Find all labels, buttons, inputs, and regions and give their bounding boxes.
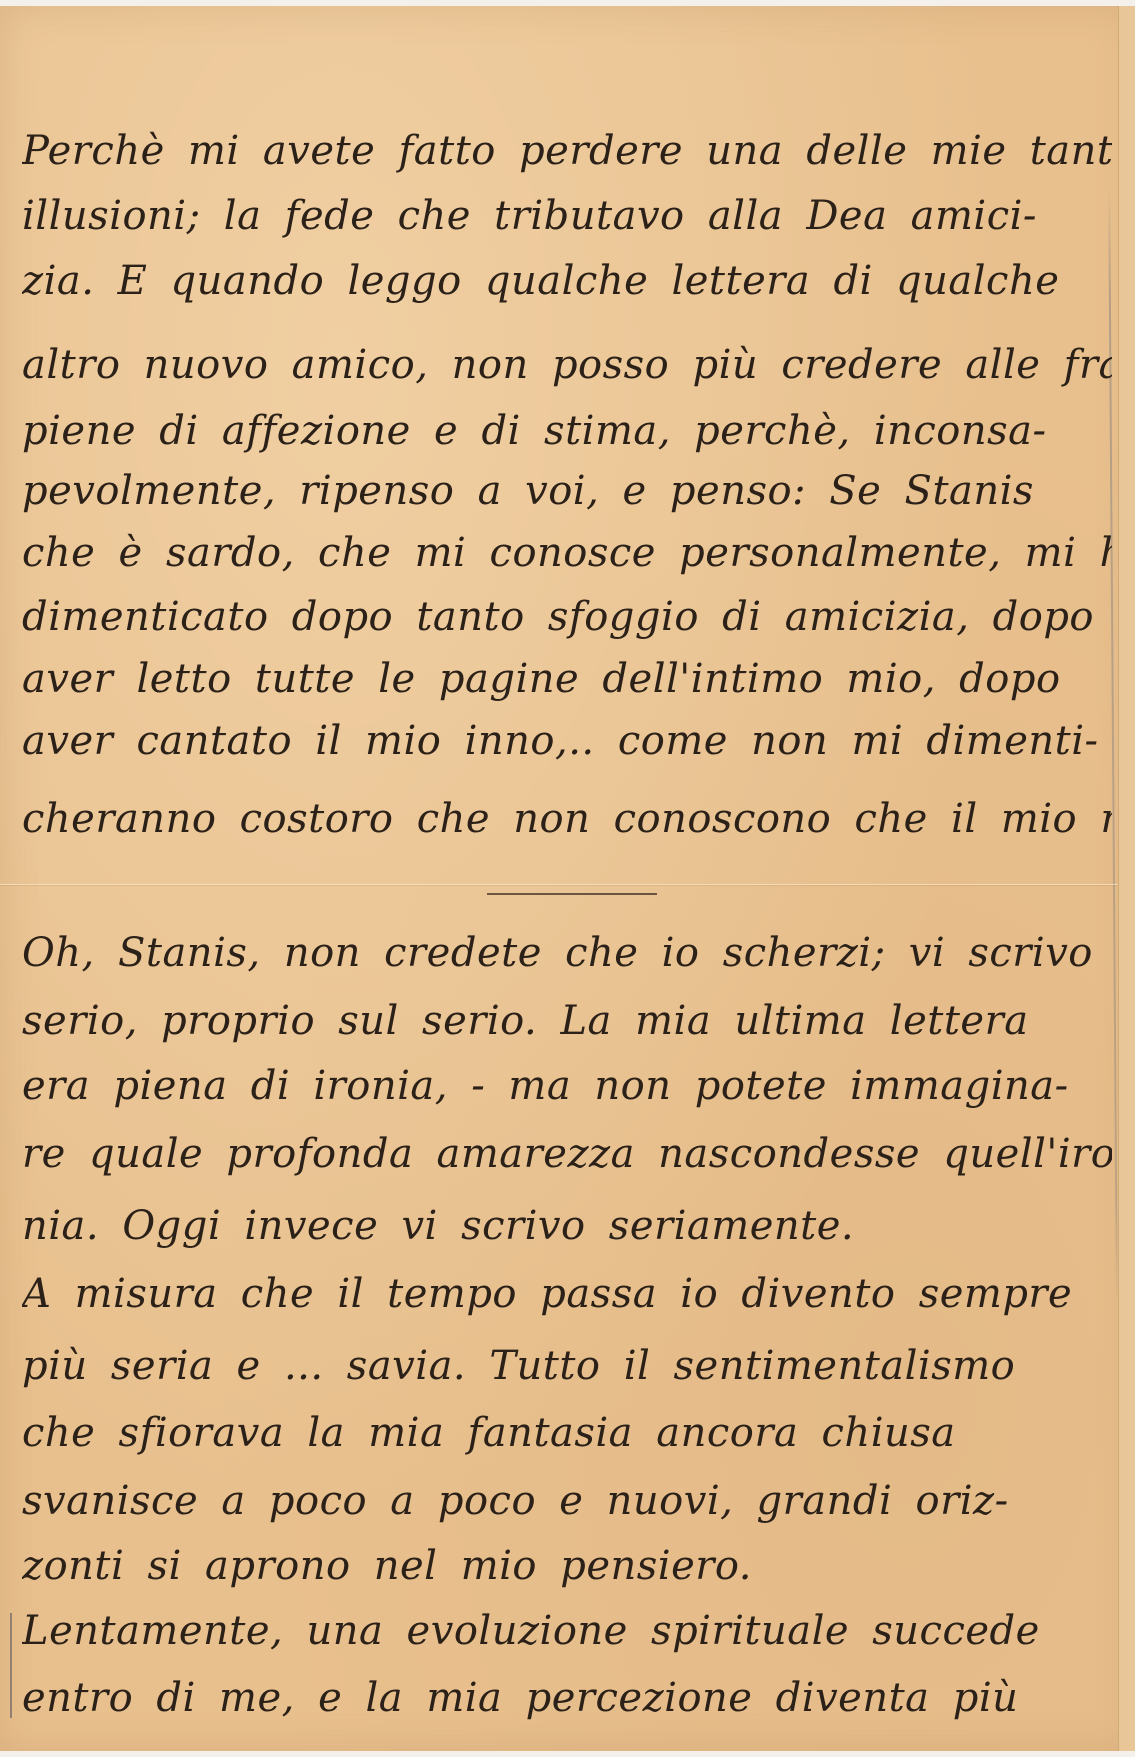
text-line: era piena di ironia, - ma non potete imm… <box>22 1061 1112 1111</box>
fold-crease <box>0 884 1118 885</box>
text-line: aver cantato il mio inno,.. come non mi … <box>22 716 1112 766</box>
text-line: piene di affezione e di stima, perchè, i… <box>22 406 1112 456</box>
text-line: serio, proprio sul serio. La mia ultima … <box>22 996 1112 1046</box>
text-line: altro nuovo amico, non posso più credere… <box>22 340 1112 390</box>
text-line: aver letto tutte le pagine dell'intimo m… <box>22 654 1112 704</box>
text-line: re quale profonda amarezza nascondesse q… <box>22 1129 1112 1179</box>
text-line: zonti si aprono nel mio pensiero. <box>22 1541 1112 1591</box>
text-line: Perchè mi avete fatto perdere una delle … <box>22 126 1112 176</box>
text-line: che sfiorava la mia fantasia ancora chiu… <box>22 1408 1112 1458</box>
letter-page: Perchè mi avete fatto perdere una delle … <box>0 6 1135 1751</box>
text-line: zia. E quando leggo qualche lettera di q… <box>22 256 1112 306</box>
text-line: pevolmente, ripenso a voi, e penso: Se S… <box>22 466 1112 516</box>
text-line: Oh, Stanis, non credete che io scherzi; … <box>22 928 1112 978</box>
pencil-margin-mark <box>10 1613 12 1718</box>
text-line: entro di me, e la mia percezione diventa… <box>22 1673 1112 1723</box>
text-line: illusioni; la fede che tributavo alla De… <box>22 191 1112 241</box>
section-divider-rule <box>487 893 657 895</box>
text-line: dimenticato dopo tanto sfoggio di amiciz… <box>22 592 1112 642</box>
text-line: svanisce a poco a poco e nuovi, grandi o… <box>22 1476 1112 1526</box>
text-line: nia. Oggi invece vi scrivo seriamente. <box>22 1201 1112 1251</box>
text-line: che è sardo, che mi conosce personalment… <box>22 528 1112 578</box>
text-line: cheranno costoro che non conoscono che i… <box>22 794 1112 844</box>
page-fold-edge <box>1118 6 1135 1751</box>
text-line: più seria e ... savia. Tutto il sentimen… <box>22 1341 1112 1391</box>
text-line: A misura che il tempo passa io divento s… <box>22 1269 1112 1319</box>
text-line: Lentamente, una evoluzione spirituale su… <box>22 1606 1112 1656</box>
